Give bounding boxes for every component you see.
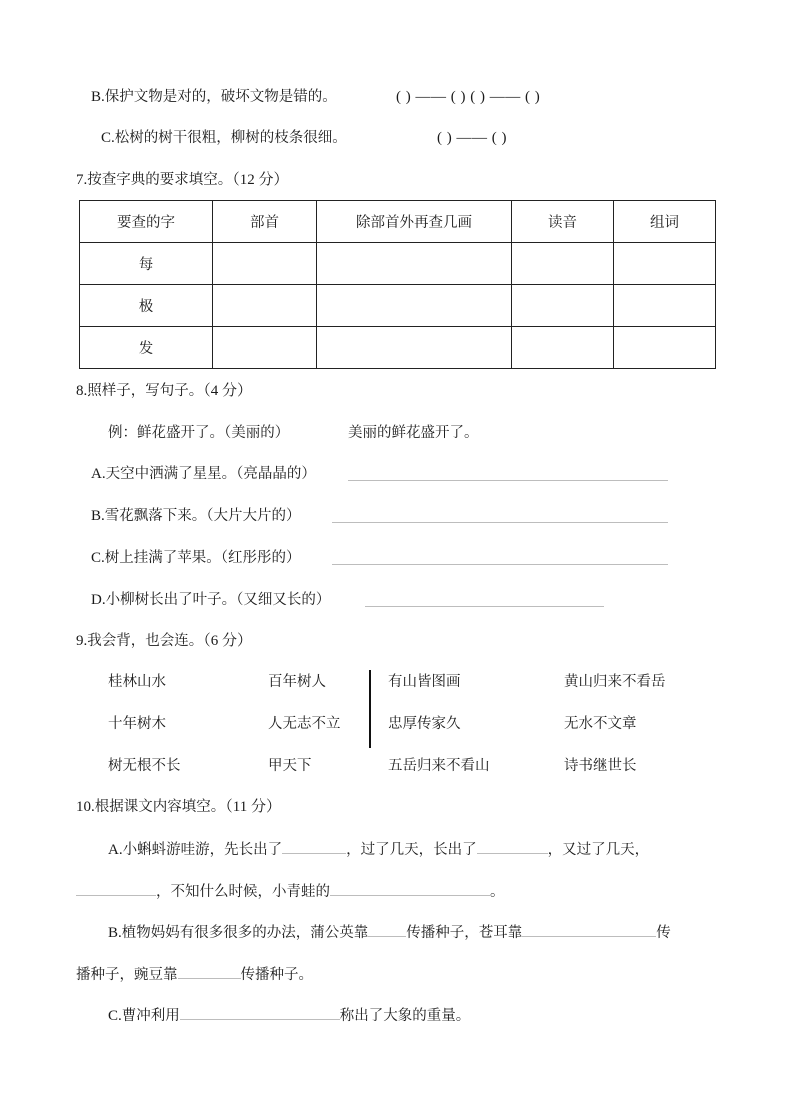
q10-item-c: C.曹冲利用称出了大象的重量。 — [108, 1005, 470, 1026]
q7-heading: 7.按查字典的要求填空。（12 分） — [76, 170, 289, 190]
question-title: 我会背，也会连。 — [87, 633, 203, 649]
q8-item-b-answer-line[interactable] — [332, 508, 668, 523]
item-label: C. — [91, 550, 105, 566]
strokes-answer-cell[interactable] — [317, 285, 512, 327]
match-item-left-2[interactable]: 甲天下 — [268, 756, 312, 776]
text-segment: 称出了大象的重量。 — [340, 1008, 471, 1024]
q8-heading: 8.照样子，写句子。（4 分） — [76, 381, 252, 401]
question-title: 根据课文内容填空。 — [95, 799, 226, 815]
item-text: 小柳树长出了叶子。（又细又长的） — [106, 592, 331, 608]
q8-item-d: D.小柳树长出了叶子。（又细又长的） — [91, 590, 330, 610]
match-item-left-2[interactable]: 百年树人 — [268, 672, 326, 692]
table-row: 每 — [80, 243, 716, 285]
table-row: 发 — [80, 327, 716, 369]
table-row: 极 — [80, 285, 716, 327]
item-label: A. — [91, 466, 106, 482]
table-header-row: 要查的字 部首 除部首外再查几画 读音 组词 — [80, 201, 716, 243]
answer-blank[interactable] — [76, 881, 156, 896]
word-answer-cell[interactable] — [614, 327, 716, 369]
item-text: 松树的树干很粗，柳树的枝条很细。 — [115, 130, 347, 146]
match-item-right-1[interactable]: 有山皆图画 — [388, 672, 461, 692]
q6-item-c: C.松树的树干很粗，柳树的枝条很细。 — [101, 128, 347, 148]
match-item-left-2[interactable]: 人无志不立 — [268, 714, 341, 734]
word-answer-cell[interactable] — [614, 243, 716, 285]
answer-blank[interactable] — [522, 922, 656, 937]
q6-item-b: B.保护文物是对的，破坏文物是错的。 — [91, 87, 337, 107]
q10-item-b-line1: B.植物妈妈有很多很多的办法，蒲公英靠传播种子，苍耳靠传 — [108, 922, 671, 943]
q6-item-c-answer-blanks[interactable]: ( ) —— ( ) — [437, 128, 507, 148]
text-segment: 曹冲利用 — [122, 1008, 180, 1024]
item-label: B. — [108, 925, 122, 941]
radical-answer-cell[interactable] — [213, 327, 317, 369]
text-segment: 传播种子，苍耳靠 — [406, 925, 522, 941]
text-segment: 传 — [656, 925, 671, 941]
text-segment: 。 — [490, 884, 505, 900]
example-sentence: 鲜花盛开了。（美丽的） — [137, 425, 289, 441]
item-label: D. — [91, 592, 106, 608]
header-cell: 读音 — [512, 201, 614, 243]
radical-answer-cell[interactable] — [213, 285, 317, 327]
q8-item-d-answer-line[interactable] — [365, 592, 604, 607]
character-cell: 每 — [80, 243, 213, 285]
q10-item-b-line2: 播种子，豌豆靠传播种子。 — [76, 964, 313, 985]
text-segment: 传播种子。 — [241, 967, 314, 983]
text-segment: 植物妈妈有很多很多的办法，蒲公英靠 — [122, 925, 369, 941]
text-segment: 小蝌蚪游哇游，先长出了 — [123, 842, 283, 858]
item-label: C. — [108, 1008, 122, 1024]
question-title: 按查字典的要求填空。 — [87, 172, 232, 188]
question-score: （6 分） — [203, 633, 252, 649]
strokes-answer-cell[interactable] — [317, 243, 512, 285]
pinyin-answer-cell[interactable] — [512, 285, 614, 327]
strokes-answer-cell[interactable] — [317, 327, 512, 369]
pinyin-answer-cell[interactable] — [512, 243, 614, 285]
item-label: C. — [101, 130, 115, 146]
character-cell: 极 — [80, 285, 213, 327]
question-number: 10. — [76, 799, 95, 815]
question-number: 8. — [76, 383, 87, 399]
q10-item-a-line2: ，不知什么时候，小青蛙的。 — [76, 881, 505, 902]
header-cell: 除部首外再查几画 — [317, 201, 512, 243]
match-item-left-1[interactable]: 树无根不长 — [108, 756, 181, 776]
header-cell: 组词 — [614, 201, 716, 243]
match-item-right-1[interactable]: 忠厚传家久 — [388, 714, 461, 734]
item-text: 雪花飘落下来。（大片大片的） — [105, 508, 301, 524]
answer-blank[interactable] — [180, 1005, 340, 1020]
q10-heading: 10.根据课文内容填空。（11 分） — [76, 797, 281, 817]
match-item-right-1[interactable]: 五岳归来不看山 — [388, 756, 490, 776]
dictionary-lookup-table: 要查的字 部首 除部首外再查几画 读音 组词 每 极 发 — [79, 200, 716, 369]
item-text: 天空中洒满了星星。（亮晶晶的） — [106, 466, 316, 482]
match-item-right-2[interactable]: 无水不文章 — [564, 714, 637, 734]
radical-answer-cell[interactable] — [213, 243, 317, 285]
character-cell: 发 — [80, 327, 213, 369]
q6-item-b-answer-blanks[interactable]: ( ) —— ( ) ( ) —— ( ) — [396, 87, 540, 107]
q8-item-c-answer-line[interactable] — [332, 550, 668, 565]
question-number: 9. — [76, 633, 87, 649]
q8-item-b: B.雪花飘落下来。（大片大片的） — [91, 506, 301, 526]
answer-blank[interactable] — [282, 839, 346, 854]
match-item-left-1[interactable]: 桂林山水 — [108, 672, 166, 692]
q10-item-a-line1: A.小蝌蚪游哇游，先长出了，过了几天，长出了，又过了几天， — [108, 839, 649, 860]
header-cell: 部首 — [213, 201, 317, 243]
q8-example-answer: 美丽的鲜花盛开了。 — [348, 423, 479, 443]
text-segment: ，过了几天，长出了 — [346, 842, 477, 858]
text-segment: ，又过了几天， — [548, 842, 650, 858]
item-text: 树上挂满了苹果。（红彤彤的） — [105, 550, 301, 566]
question-score: （11 分） — [225, 799, 281, 815]
question-number: 7. — [76, 172, 87, 188]
answer-blank[interactable] — [330, 881, 490, 896]
q8-example: 例：鲜花盛开了。（美丽的） — [108, 423, 289, 443]
q8-item-c: C.树上挂满了苹果。（红彤彤的） — [91, 548, 301, 568]
item-label: B. — [91, 508, 105, 524]
item-label: A. — [108, 842, 123, 858]
item-text: 保护文物是对的，破坏文物是错的。 — [105, 89, 337, 105]
text-segment: 播种子，豌豆靠 — [76, 967, 178, 983]
header-cell: 要查的字 — [80, 201, 213, 243]
answer-blank[interactable] — [477, 839, 548, 854]
answer-blank[interactable] — [178, 964, 241, 979]
match-item-left-1[interactable]: 十年树木 — [108, 714, 166, 734]
question-title: 照样子，写句子。 — [87, 383, 203, 399]
column-divider — [369, 670, 371, 748]
question-score: （12 分） — [232, 172, 288, 188]
match-item-right-2[interactable]: 诗书继世长 — [564, 756, 637, 776]
q8-item-a: A.天空中洒满了星星。（亮晶晶的） — [91, 464, 316, 484]
answer-blank[interactable] — [368, 922, 406, 937]
match-item-right-2[interactable]: 黄山归来不看岳 — [564, 672, 666, 692]
pinyin-answer-cell[interactable] — [512, 327, 614, 369]
q9-heading: 9.我会背，也会连。（6 分） — [76, 631, 252, 651]
text-segment: ，不知什么时候，小青蛙的 — [156, 884, 330, 900]
q8-item-a-answer-line[interactable] — [348, 466, 668, 481]
item-label: B. — [91, 89, 105, 105]
example-label: 例： — [108, 425, 137, 441]
question-score: （4 分） — [203, 383, 252, 399]
word-answer-cell[interactable] — [614, 285, 716, 327]
